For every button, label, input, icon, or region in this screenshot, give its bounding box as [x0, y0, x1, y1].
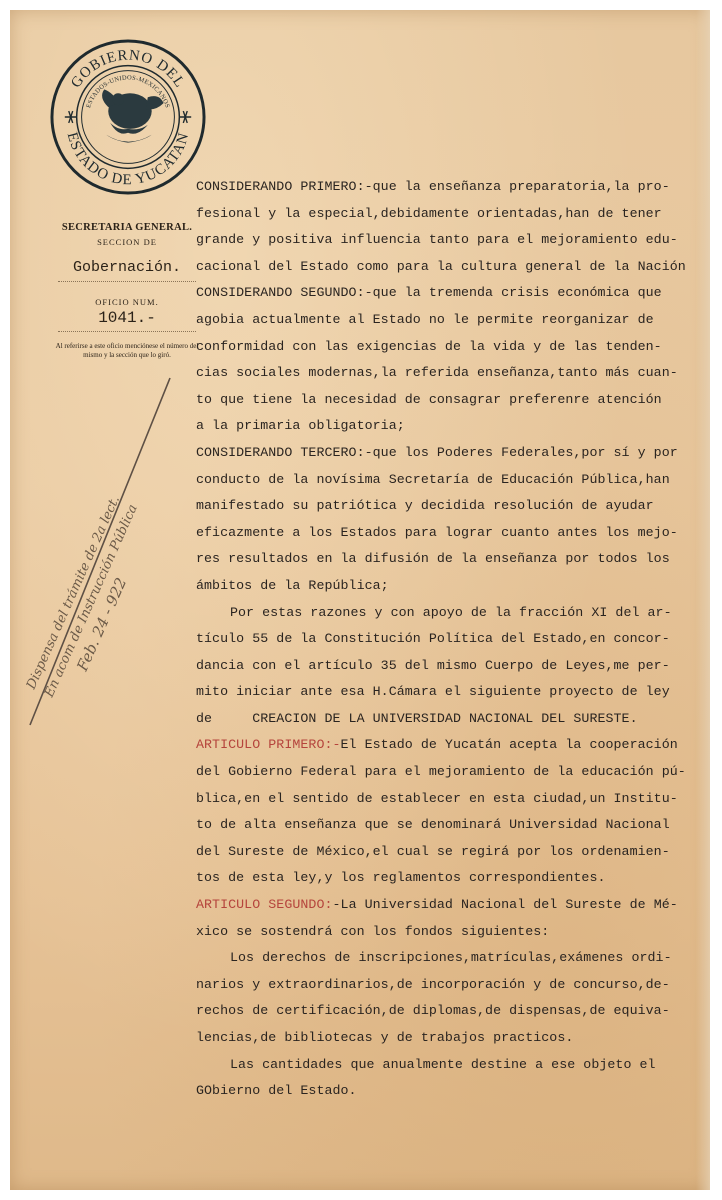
text-line: ARTICULO SEGUNDO:-La Universidad Naciona… [196, 892, 706, 919]
oficio-label: OFICIO NUM. [52, 297, 202, 307]
text-line: dancia con el artículo 35 del mismo Cuer… [196, 653, 706, 680]
text-line: to que tiene la necesidad de consagrar p… [196, 387, 706, 414]
text-line: CONSIDERANDO SEGUNDO:-que la tremenda cr… [196, 280, 706, 307]
gobernacion-label: Gobernación. [52, 259, 202, 276]
text-line: agobia actualmente al Estado no le permi… [196, 307, 706, 334]
text-line: CONSIDERANDO PRIMERO:-que la enseñanza p… [196, 174, 706, 201]
oficio-number: 1041.- [52, 309, 202, 327]
text-line: de CREACION DE LA UNIVERSIDAD NACIONAL D… [196, 706, 706, 733]
dotted-divider [58, 281, 196, 282]
text-line: manifestado su patriótica y decidida res… [196, 493, 706, 520]
text-line: Por estas razones y con apoyo de la frac… [196, 600, 706, 627]
article-heading: ARTICULO PRIMERO:- [196, 737, 341, 752]
text-line: grande y positiva influencia tanto para … [196, 227, 706, 254]
text-line: del Gobierno Federal para el mejoramient… [196, 759, 706, 786]
text-line: fesional y la especial,debidamente orien… [196, 201, 706, 228]
text-line: xico se sostendrá con los fondos siguien… [196, 919, 706, 946]
text-line: Los derechos de inscripciones,matrículas… [196, 945, 706, 972]
eagle-icon [102, 89, 163, 142]
text-line: GObierno del Estado. [196, 1078, 706, 1105]
text-line: Las cantidades que anualmente destine a … [196, 1052, 706, 1079]
text-line: to de alta enseñanza que se denominará U… [196, 812, 706, 839]
letterhead-sidebar: SECRETARIA GENERAL. SECCION DE Gobernaci… [52, 222, 202, 360]
text-line: blica,en el sentido de establecer en est… [196, 786, 706, 813]
text-line: conducto de la novísima Secretaría de Ed… [196, 467, 706, 494]
text-line: a la primaria obligatoria; [196, 413, 706, 440]
text-line: eficazmente a los Estados para lograr cu… [196, 520, 706, 547]
text-line: lencias,de bibliotecas y de trabajos pra… [196, 1025, 706, 1052]
text-line: tículo 55 de la Constitución Política de… [196, 626, 706, 653]
text-line: ámbitos de la República; [196, 573, 706, 600]
text-line: tos de esta ley,y los reglamentos corres… [196, 865, 706, 892]
reference-note: Al referirse a este oficio menciónese el… [52, 342, 202, 360]
text-line: cacional del Estado como para la cultura… [196, 254, 706, 281]
text-line: mito iniciar ante esa H.Cámara el siguie… [196, 679, 706, 706]
text-line: conformidad con las exigencias de la vid… [196, 334, 706, 361]
text-line: rechos de certificación,de diplomas,de d… [196, 998, 706, 1025]
secretaria-label: SECRETARIA GENERAL. [52, 222, 202, 233]
text-line: res resultados en la difusión de la ense… [196, 546, 706, 573]
text-line: del Sureste de México,el cual se regirá … [196, 839, 706, 866]
typed-body: CONSIDERANDO PRIMERO:-que la enseñanza p… [196, 174, 706, 1105]
article-heading: ARTICULO SEGUNDO: [196, 897, 333, 912]
handwritten-annotation: Dispensa del trámite de 2a lect. En acom… [20, 360, 200, 740]
seccion-label: SECCION DE [52, 237, 202, 247]
handwritten-line-2: En acom de Instrucción Pública [42, 502, 141, 700]
text-line: CONSIDERANDO TERCERO:-que los Poderes Fe… [196, 440, 706, 467]
dotted-divider [58, 331, 196, 332]
text-line: cias sociales modernas,la referida enseñ… [196, 360, 706, 387]
state-seal-emblem: GOBIERNO DEL ESTADOS-UNIDOS-MEXICANOS ES… [49, 38, 207, 196]
text-line: narios y extraordinarios,de incorporació… [196, 972, 706, 999]
text-line: ARTICULO PRIMERO:-El Estado de Yucatán a… [196, 732, 706, 759]
